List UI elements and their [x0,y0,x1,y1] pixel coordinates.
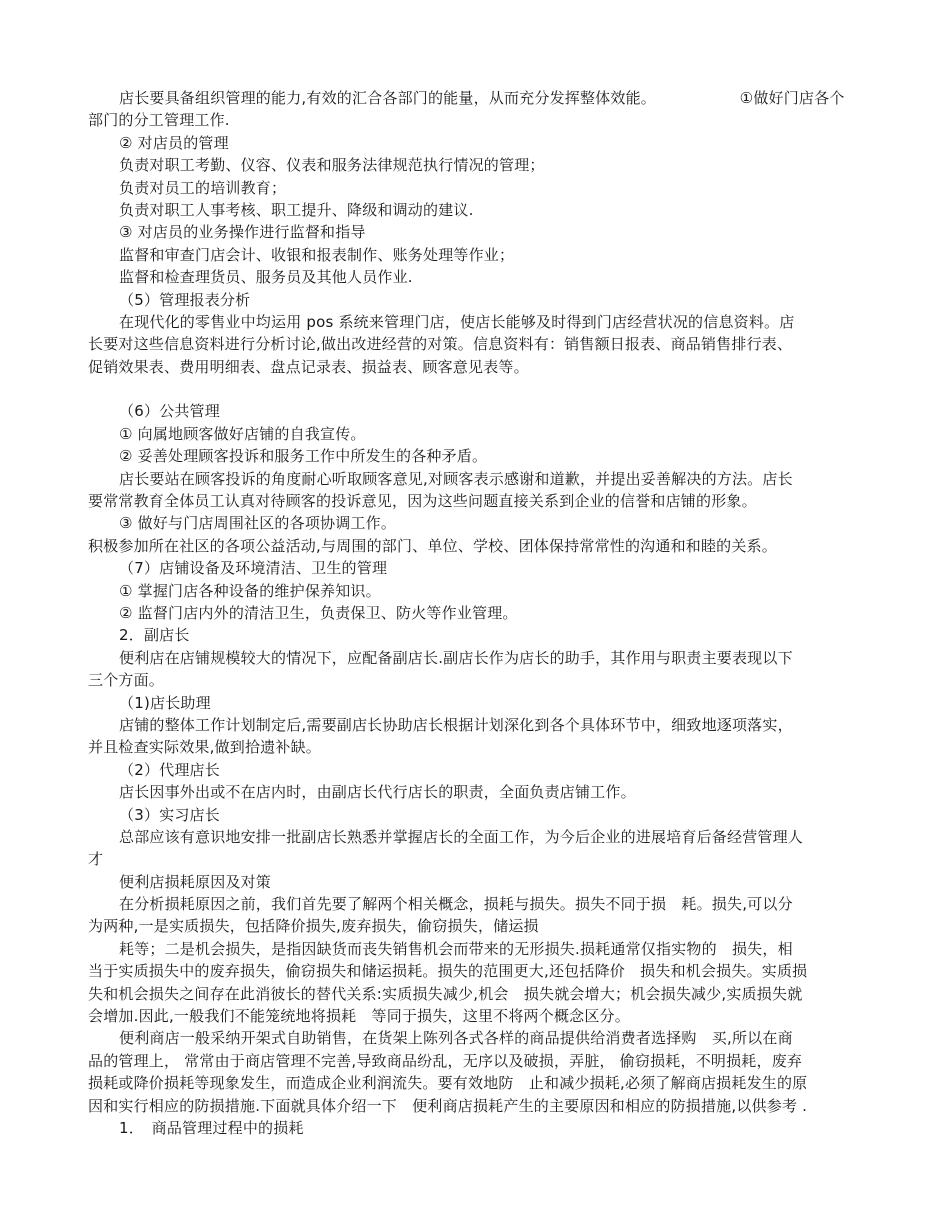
text-line: 便利商店一般采纳开架式自助销售，在货架上陈列各式各样的商品提供给消费者选择购 买… [88,1027,900,1049]
document-body: 店长要具备组织管理的能力,有效的汇合各部门的能量，从而充分发挥整体效能。 ①做好… [88,87,900,1139]
text-line: 2．副店长 [88,624,900,646]
text-line: 店长要站在顾客投诉的角度耐心听取顾客意见,对顾客表示感谢和道歉，并提出妥善解决的… [88,468,900,490]
text-line: （6）公共管理 [88,400,900,422]
text-line: 店长因事外出或不在店内时，由副店长代行店长的职责，全面负责店铺工作。 [88,781,900,803]
text-line: 店长要具备组织管理的能力,有效的汇合各部门的能量，从而充分发挥整体效能。 ①做好… [88,87,900,109]
text-line: 失和机会损失之间存在此消彼长的替代关系:实质损失减少,机会 损失就会增大；机会损… [88,983,900,1005]
text-line: 便利店损耗原因及对策 [88,871,900,893]
text-line: 监督和审查门店会计、收银和报表制作、账务处理等作业； [88,244,900,266]
text-line: ① 向属地顾客做好店铺的自我宣传。 [88,423,900,445]
text-line: （3）实习店长 [88,804,900,826]
text-line: 便利店在店铺规模较大的情况下，应配备副店长.副店长作为店长的助手，其作用与职责主… [88,647,900,669]
text-line: 损耗或降价损耗等现象发生，而造成企业利润流失。要有效地防 止和减少损耗,必须了解… [88,1072,900,1094]
text-line: ② 对店员的管理 [88,132,900,154]
text-line: ③ 做好与门店周围社区的各项协调工作。 [88,512,900,534]
text-line: ② 妥善处理顾客投诉和服务工作中所发生的各种矛盾。 [88,445,900,467]
text-line: 在现代化的零售业中均运用 pos 系统来管理门店，使店长能够及时得到门店经营状况… [88,311,900,333]
text-line: 负责对员工的培训教育； [88,177,900,199]
text-line: 三个方面。 [88,669,900,691]
text-line: （1)店长助理 [88,692,900,714]
text-line: 并且检查实际效果,做到拾遗补缺。 [88,736,900,758]
text-line: 负责对职工考勤、仪容、仪表和服务法律规范执行情况的管理； [88,154,900,176]
text-line: （2）代理店长 [88,759,900,781]
text-line: 长要对这些信息资料进行分析讨论,做出改进经营的对策。信息资料有：销售额日报表、商… [88,333,900,355]
text-line: 耗等；二是机会损失，是指因缺货而丧失销售机会而带来的无形损失.损耗通常仅指实物的… [88,938,900,960]
text-line: 当于实质损失中的废弃损失，偷窃损失和储运损耗。损失的范围更大,还包括降价 损失和… [88,960,900,982]
text-line: 积极参加所在社区的各项公益活动,与周围的部门、单位、学校、团体保持常常性的沟通和… [88,535,900,557]
text-line: 为两种,一是实质损失，包括降价损失,废弃损失，偷窃损失，储运损 [88,915,900,937]
text-line: 1． 商品管理过程中的损耗 [88,1117,900,1139]
text-line: ③ 对店员的业务操作进行监督和指导 [88,221,900,243]
text-line: ① 掌握门店各种设备的维护保养知识。 [88,580,900,602]
text-line: 监督和检查理货员、服务员及其他人员作业. [88,266,900,288]
text-line: 在分析损耗原因之前，我们首先要了解两个相关概念，损耗与损失。损失不同于损 耗。损… [88,893,900,915]
text-line: （7）店铺设备及环境清洁、卫生的管理 [88,557,900,579]
text-line: ② 监督门店内外的清洁卫生，负责保卫、防火等作业管理。 [88,602,900,624]
text-line: 负责对职工人事考核、职工提升、降级和调动的建议. [88,199,900,221]
text-line: 要常常教育全体员工认真对待顾客的投诉意见，因为这些问题直接关系到企业的信誉和店铺… [88,490,900,512]
document-page: 店长要具备组织管理的能力,有效的汇合各部门的能量，从而充分发挥整体效能。 ①做好… [0,0,950,1230]
text-line: 促销效果表、费用明细表、盘点记录表、损益表、顾客意见表等。 [88,356,900,378]
text-line: 部门的分工管理工作. [88,109,900,131]
text-line: 品的管理上， 常常由于商店管理不完善,导致商品纷乱，无序以及破损，弄脏， 偷窃损… [88,1050,900,1072]
blank-line [88,378,900,400]
text-line: （5）管理报表分析 [88,289,900,311]
text-line: 会增加.因此,一般我们不能笼统地将损耗 等同于损失，这里不将两个概念区分。 [88,1005,900,1027]
text-line: 才 [88,848,900,870]
text-line: 店铺的整体工作计划制定后,需要副店长协助店长根据计划深化到各个具体环节中，细致地… [88,714,900,736]
text-line: 总部应该有意识地安排一批副店长熟悉并掌握店长的全面工作，为今后企业的进展培育后备… [88,826,900,848]
text-line: 因和实行相应的防损措施.下面就具体介绍一下 便利商店损耗产生的主要原因和相应的防… [88,1095,900,1117]
